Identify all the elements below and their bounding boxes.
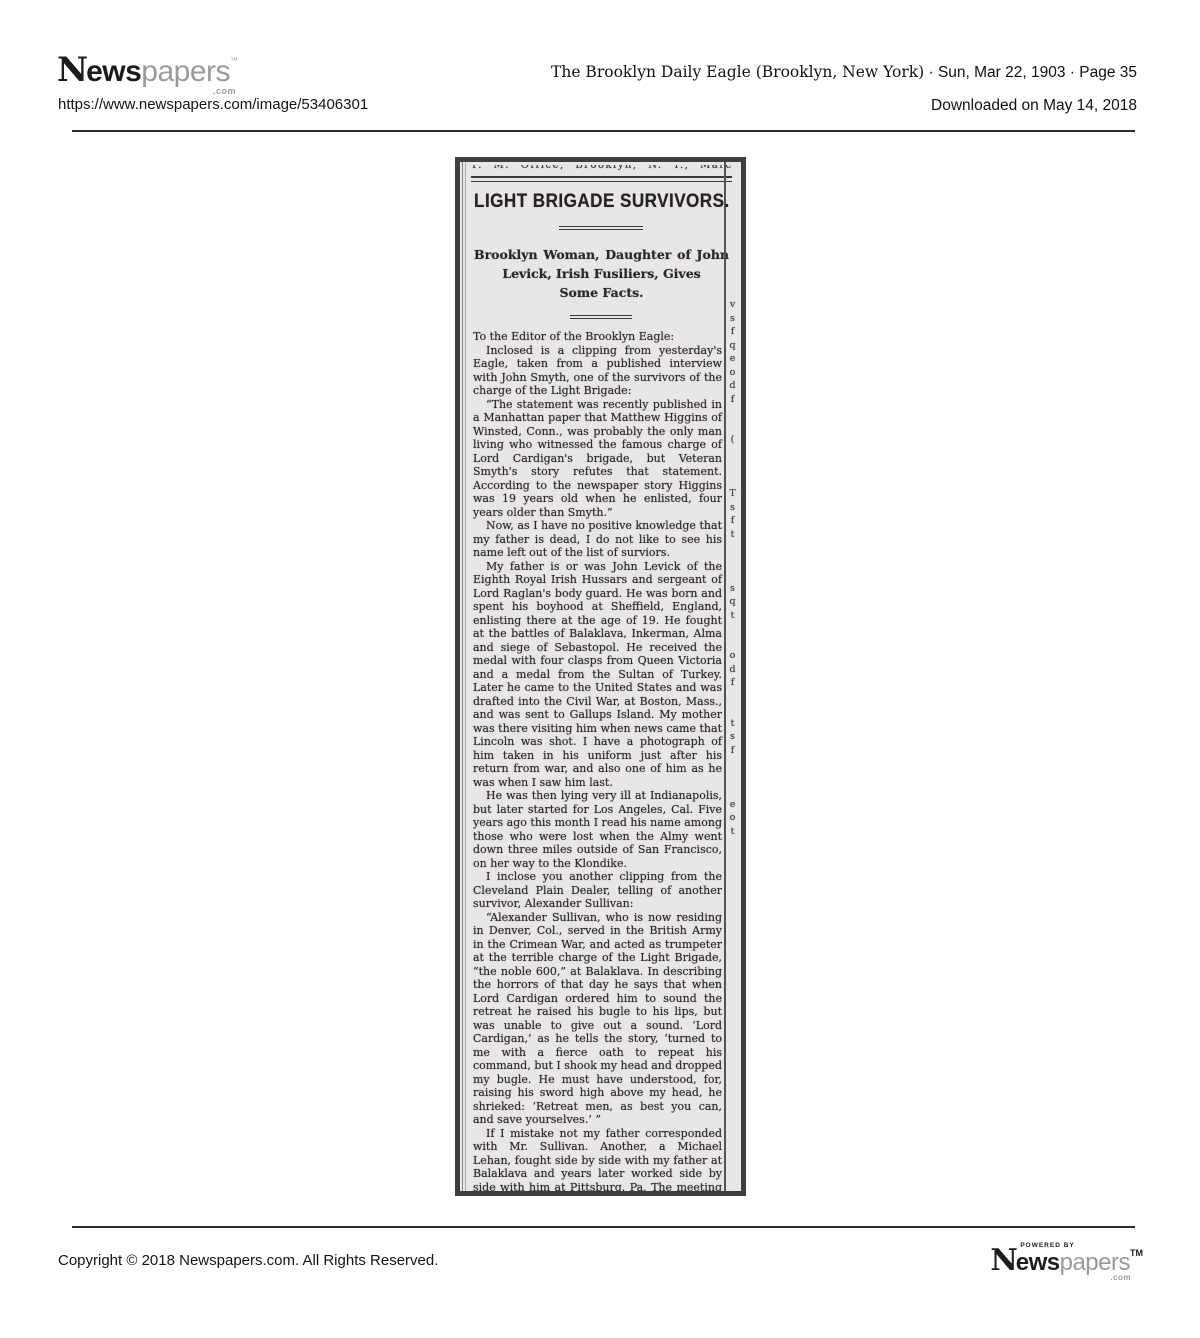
newspapers-logo-com: .com	[213, 86, 236, 96]
copyright-notice: Copyright © 2018 Newspapers.com. All Rig…	[58, 1252, 438, 1269]
article-paragraph: I inclose you another clipping from the …	[473, 870, 722, 911]
trademark-icon: ™	[230, 56, 238, 65]
powered-logo-ews: ews	[1016, 1249, 1060, 1276]
article-salutation: To the Editor of the Brooklyn Eagle:	[473, 330, 722, 344]
article-paragraph: Now, as I have no positive knowledge tha…	[473, 519, 722, 560]
subhead-line: Some Facts.	[472, 283, 731, 302]
trademark-icon: TM	[1130, 1248, 1143, 1258]
print-page: Newspapers™ .com https://www.newspapers.…	[0, 0, 1200, 1338]
article-paragraph: He was then lying very ill at Indianapol…	[473, 789, 722, 870]
left-column-rule-inner	[465, 162, 466, 1191]
source-date-page: · Sun, Mar 22, 1903 · Page 35	[924, 64, 1137, 81]
left-column-rule	[462, 162, 463, 1191]
article-paragraph: “Alexander Sullivan, who is now residing…	[473, 911, 722, 1127]
newspapers-logo-papers: papers	[141, 55, 230, 88]
newsprint-area: v s f q e o d f ( T s f t s q t o d f t …	[460, 162, 741, 1191]
article-paragraph: “The statement was recently published in…	[473, 398, 722, 520]
article-subhead: Brooklyn Woman, Daughter of John Levick,…	[472, 245, 731, 302]
powered-by-label: POWERED BY	[1020, 1242, 1074, 1249]
powered-logo-papers: papers	[1060, 1249, 1130, 1276]
subhead-line: Levick, Irish Fusiliers, Gives	[472, 264, 731, 283]
source-title: The Brooklyn Daily Eagle (Brooklyn, New …	[551, 63, 924, 81]
newspapers-logo-ews: ews	[86, 55, 141, 88]
header-divider-rule	[72, 130, 1135, 132]
image-url-link[interactable]: https://www.newspapers.com/image/5340630…	[58, 96, 368, 113]
newspapers-logo: Newspapers™ .com	[57, 50, 238, 90]
powered-by-newspapers-logo: POWERED BY NewspapersTM .com	[990, 1243, 1143, 1278]
right-column-rule	[724, 162, 726, 1191]
article-paragraph: Inclosed is a clipping from yesterday's …	[473, 344, 722, 398]
masthead-double-rule	[471, 176, 732, 182]
footer-divider-rule	[72, 1226, 1135, 1228]
download-date: Downloaded on May 14, 2018	[931, 97, 1137, 115]
adjacent-column-fragments: v s f q e o d f ( T s f t s q t o d f t …	[727, 298, 738, 838]
powered-logo-com: .com	[1110, 1273, 1131, 1282]
subhead-line: Brooklyn Woman, Daughter of John	[472, 245, 731, 264]
section-divider	[559, 226, 643, 230]
article-paragraph: If I mistake not my father corresponded …	[473, 1127, 722, 1197]
section-divider	[570, 315, 632, 319]
cropped-dateline: P. M. Office, Brooklyn, N. Y., March 20,…	[472, 165, 731, 174]
article-paragraph: My father is or was John Levick of the E…	[473, 560, 722, 790]
powered-logo-n: N	[990, 1243, 1015, 1278]
article-body: To the Editor of the Brooklyn Eagle: Inc…	[473, 330, 722, 1196]
newspapers-logo-n: N	[57, 50, 86, 90]
newspaper-clipping-image: v s f q e o d f ( T s f t s q t o d f t …	[455, 157, 746, 1196]
article-headline: LIGHT BRIGADE SURVIVORS.	[474, 191, 727, 213]
source-citation: The Brooklyn Daily Eagle (Brooklyn, New …	[551, 63, 1137, 82]
